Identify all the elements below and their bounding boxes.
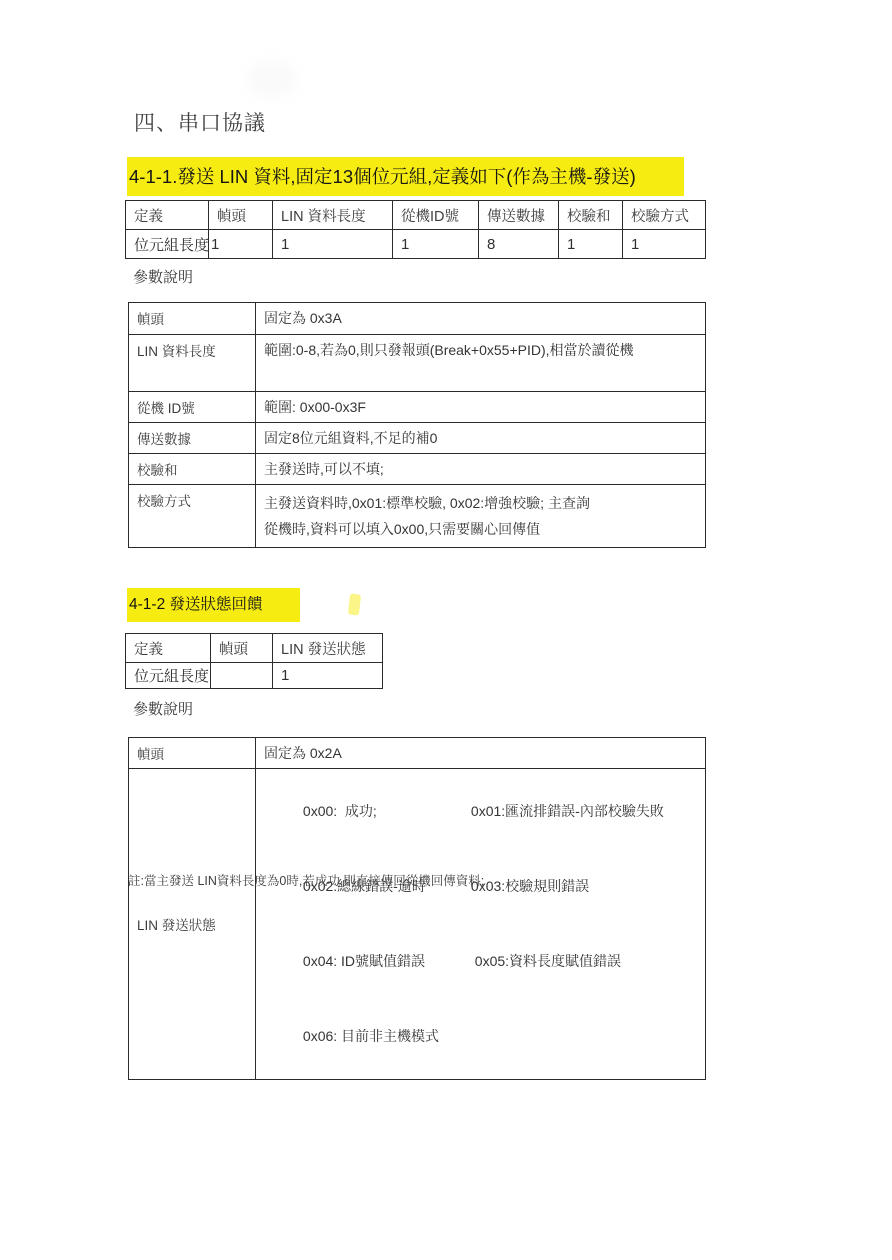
document-page: 四、串口協議 4-1-1.發送 LIN 資料,固定13個位元組,定義如下(作為主… — [0, 0, 892, 1260]
table-row: 從機 ID號 範圍: 0x00-0x3F — [129, 392, 706, 423]
param-table-2: 幀頭 固定為 0x2A LIN 發送狀態 0x00: 成功;0x01:匯流排錯誤… — [128, 737, 706, 1080]
table-row: LIN 資料長度 範圍:0-8,若為0,則只發報頭(Break+0x55+PID… — [129, 335, 706, 392]
desc-line-1: 主發送資料時,0x01:標準校驗, 0x02:增強校驗; 主查詢 — [264, 490, 697, 516]
header-cell: 定義 — [126, 201, 209, 230]
table-row: 位元組長度 1 1 1 8 1 1 — [126, 230, 706, 259]
highlight-fragment — [348, 593, 361, 615]
page-title: 四、串口協議 — [134, 109, 266, 139]
value-cell: 1 — [273, 230, 393, 259]
table-row: 校驗和 主發送時,可以不填; — [129, 454, 706, 485]
value-cell: 1 — [623, 230, 706, 259]
status-code: 0x04: ID號賦值錯誤 — [303, 949, 471, 974]
param-name-cell: LIN 資料長度 — [129, 335, 256, 392]
status-code: 0x05:資料長度賦值錯誤 — [471, 953, 621, 969]
header-cell: 傳送數據 — [479, 201, 559, 230]
status-code: 0x06: 目前非主機模式 — [303, 1024, 471, 1049]
header-cell: 校驗方式 — [623, 201, 706, 230]
footnote: 註:當主發送 LIN資料長度為0時,若成功,則直接傳回從機回傳資料; — [128, 871, 484, 889]
value-cell — [211, 663, 273, 689]
params-label-1: 參數說明 — [133, 266, 193, 287]
param-desc-cell: 固定8位元組資料,不足的補0 — [256, 423, 706, 454]
param-desc-cell: 主發送資料時,0x01:標準校驗, 0x02:增強校驗; 主查詢 從機時,資料可… — [256, 485, 706, 548]
row-label-cell: 位元組長度 — [126, 230, 209, 259]
desc-line-2: 從機時,資料可以填入0x00,只需要關心回傳值 — [264, 516, 697, 542]
param-table-1: 幀頭 固定為 0x3A LIN 資料長度 範圍:0-8,若為0,則只發報頭(Br… — [128, 302, 706, 548]
param-desc-cell: 範圍: 0x00-0x3F — [256, 392, 706, 423]
param-desc-cell: 範圍:0-8,若為0,則只發報頭(Break+0x55+PID),相當於讀從機 — [256, 335, 706, 392]
status-line: 0x00: 成功;0x01:匯流排錯誤-內部校驗失敗 — [264, 774, 697, 849]
param-name-cell: 校驗方式 — [129, 485, 256, 548]
param-name-cell: LIN 發送狀態 — [129, 769, 256, 1080]
param-name-cell: 校驗和 — [129, 454, 256, 485]
param-desc-cell: 主發送時,可以不填; — [256, 454, 706, 485]
header-cell: 幀頭 — [211, 634, 273, 663]
section-1-heading-highlight: 4-1-1.發送 LIN 資料,固定13個位元組,定義如下(作為主機-發送) — [127, 157, 684, 196]
value-cell: 1 — [273, 663, 383, 689]
table-header-row: 定義 幀頭 LIN 發送狀態 — [126, 634, 383, 663]
param-desc-cell: 固定為 0x3A — [256, 303, 706, 335]
table-row: 位元組長度 1 1 — [126, 663, 383, 689]
table-row: 幀頭 固定為 0x2A — [129, 738, 706, 769]
status-code: 0x00: 成功; — [303, 799, 471, 824]
definition-table-2: 定義 幀頭 LIN 發送狀態 位元組長度 1 1 — [125, 633, 383, 689]
value-cell: 1 — [393, 230, 479, 259]
header-cell: LIN 資料長度 — [273, 201, 393, 230]
status-code: 0x03:校驗規則錯誤 — [471, 878, 589, 894]
header-cell: 定義 — [126, 634, 211, 663]
header-cell: LIN 發送狀態 — [273, 634, 383, 663]
value-cell: 1 — [209, 230, 273, 259]
table-row: LIN 發送狀態 0x00: 成功;0x01:匯流排錯誤-內部校驗失敗 0x02… — [129, 769, 706, 1080]
table-row: 幀頭 固定為 0x3A — [129, 303, 706, 335]
value-cell: 8 — [479, 230, 559, 259]
table-header-row: 定義 幀頭 LIN 資料長度 從機ID號 傳送數據 校驗和 校驗方式 — [126, 201, 706, 230]
param-name-cell: 傳送數據 — [129, 423, 256, 454]
status-codes-cell: 0x00: 成功;0x01:匯流排錯誤-內部校驗失敗 0x02:總線錯誤-逾時0… — [256, 769, 706, 1080]
param-name-cell: 幀頭 — [129, 303, 256, 335]
param-name-cell: 從機 ID號 — [129, 392, 256, 423]
param-desc-cell: 固定為 0x2A — [256, 738, 706, 769]
status-code: 0x01:匯流排錯誤-內部校驗失敗 — [471, 803, 664, 819]
value-cell: 1 — [559, 230, 623, 259]
header-cell: 校驗和 — [559, 201, 623, 230]
header-cell: 從機ID號 — [393, 201, 479, 230]
header-cell: 幀頭 — [209, 201, 273, 230]
status-line: 0x06: 目前非主機模式 — [264, 999, 697, 1074]
section-2-heading-highlight: 4-1-2 發送狀態回饋 — [127, 588, 300, 622]
param-name-cell: 幀頭 — [129, 738, 256, 769]
row-label-cell: 位元組長度 1 — [126, 663, 211, 689]
scan-smudge — [246, 60, 298, 98]
table-row: 傳送數據 固定8位元組資料,不足的補0 — [129, 423, 706, 454]
params-label-2: 參數說明 — [133, 698, 193, 719]
table-row: 校驗方式 主發送資料時,0x01:標準校驗, 0x02:增強校驗; 主查詢 從機… — [129, 485, 706, 548]
status-line: 0x04: ID號賦值錯誤 0x05:資料長度賦值錯誤 — [264, 924, 697, 999]
definition-table-1: 定義 幀頭 LIN 資料長度 從機ID號 傳送數據 校驗和 校驗方式 位元組長度… — [125, 200, 706, 259]
